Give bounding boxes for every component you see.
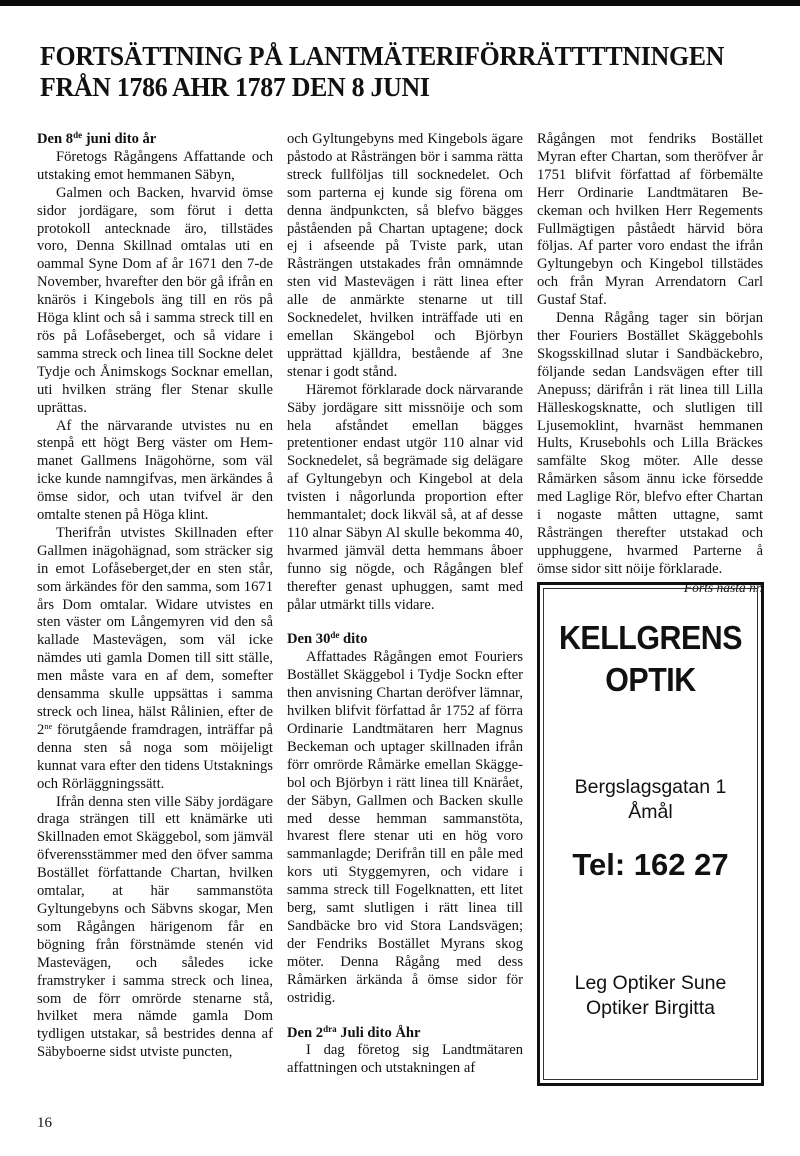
ad-staff: Leg Optiker Sune Optiker Birgitta bbox=[544, 971, 757, 1021]
column-left: Den 8de juni dito år Företogs Rågångens … bbox=[37, 131, 273, 1062]
paragraph: Therifrån utvistes Skillnaden ef­ter Gal… bbox=[37, 525, 273, 794]
advertisement-inner-frame: KELLGRENS OPTIK Bergslagsgatan 1 Åmål Te… bbox=[543, 588, 758, 1080]
paragraph: Af the närvarande utvistes nu en stenpå … bbox=[37, 418, 273, 525]
section-heading-june-8: Den 8de juni dito år bbox=[37, 131, 273, 149]
paragraph: Affattades Rågången emot Fou­riers Bostä… bbox=[287, 649, 523, 1007]
section-heading-july-2: Den 2dra Juli dito Åhr bbox=[287, 1025, 523, 1043]
column-middle: och Gyltungebyns med Kingebols ägare pås… bbox=[287, 131, 523, 1078]
article-title: FORTSÄTTNING PÅ LANTMÄTERIFÖRRÄTTTTNINGE… bbox=[40, 40, 736, 102]
ad-business-name: KELLGRENS OPTIK bbox=[553, 617, 749, 701]
ad-address: Bergslagsgatan 1 Åmål bbox=[544, 775, 757, 825]
column-right: Rågången mot fendriks Bostället Myran ef… bbox=[537, 131, 763, 596]
title-line-1: FORTSÄTTNING PÅ LANTMÄTERIFÖRRÄTTTTNINGE… bbox=[40, 40, 736, 71]
title-line-2: FRÅN 1786 AHR 1787 DEN 8 JUNI bbox=[40, 71, 736, 102]
paragraph: Företogs Rågångens Affattande och utstak… bbox=[37, 149, 273, 185]
ad-phone: Tel: 162 27 bbox=[544, 847, 757, 883]
paragraph: Ifrån denna sten ville Säby jordä­gare d… bbox=[37, 794, 273, 1063]
page-number: 16 bbox=[37, 1114, 52, 1132]
advertisement-box: KELLGRENS OPTIK Bergslagsgatan 1 Åmål Te… bbox=[537, 582, 764, 1086]
paragraph: I dag företog sig Landtmätaren affattnin… bbox=[287, 1042, 523, 1078]
section-heading-30th: Den 30de dito bbox=[287, 631, 523, 649]
top-border-bar bbox=[0, 0, 800, 6]
paragraph: Denna Rågång tager sin början ther Fouri… bbox=[537, 310, 763, 579]
paragraph: Galmen och Backen, hvarvid ömse sidor jo… bbox=[37, 185, 273, 418]
paragraph: och Gyltungebyns med Kingebols ägare pås… bbox=[287, 131, 523, 382]
paragraph: Rågången mot fendriks Bostället Myran ef… bbox=[537, 131, 763, 310]
paragraph: Häremot förklarade dock närva­rande Säby… bbox=[287, 382, 523, 615]
